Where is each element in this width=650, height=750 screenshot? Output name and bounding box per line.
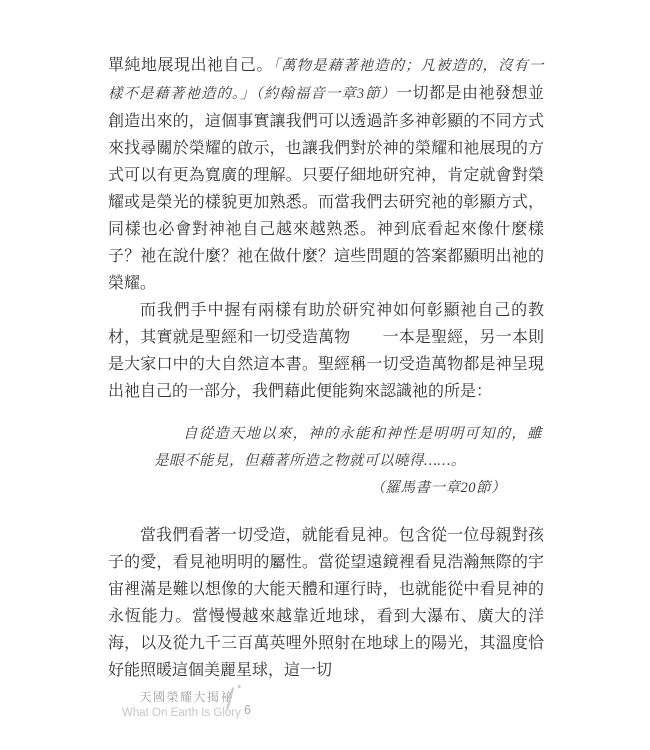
paragraph-1: 單純地展現出祂自己。「萬物是藉著祂造的；凡被造的，沒有一樣不是藉著祂造的。」（約… (108, 52, 544, 297)
scripture-quote-text: 自從造天地以來，神的永能和神性是明明可知的，雖是眼不能見，但藉著所造之物就可以曉… (154, 421, 542, 475)
paragraph-1-lead: 單純地展現出祂自己。 (108, 57, 273, 74)
book-page: 單純地展現出祂自己。「萬物是藉著祂造的；凡被造的，沒有一樣不是藉著祂造的。」（約… (0, 0, 650, 750)
book-title-english: What On Earth Is Glory (122, 706, 234, 720)
book-title-chinese: 天國榮耀大揭祕 (122, 690, 234, 704)
footnote-star-icon: * (237, 683, 241, 695)
paragraph-1-rest: 一切都是由祂發想並創造出來的，這個事實讓我們可以透過許多神彰顯的不同方式來找尋關… (108, 85, 544, 292)
scripture-reference: （羅馬書一章20節） (154, 475, 542, 502)
scripture-blockquote: 自從造天地以來，神的永能和神性是明明可知的，雖是眼不能見，但藉著所造之物就可以曉… (154, 421, 542, 502)
paragraph-3: 當我們看著一切受造，就能看見神。包含從一位母親對孩子的愛，看見祂明明的屬性。當從… (108, 522, 544, 684)
text-block: 單純地展現出祂自己。「萬物是藉著祂造的；凡被造的，沒有一樣不是藉著祂造的。」（約… (108, 52, 544, 684)
page-footer: 天國榮耀大揭祕 What On Earth Is Glory * / 6 (122, 690, 234, 720)
page-number: 6 (244, 703, 251, 717)
paragraph-2: 而我們手中握有兩樣有助於研究神如何彰顯祂自己的教材，其實就是聖經和一切受造萬物 … (108, 297, 544, 405)
slash-separator-icon: / (226, 683, 234, 717)
